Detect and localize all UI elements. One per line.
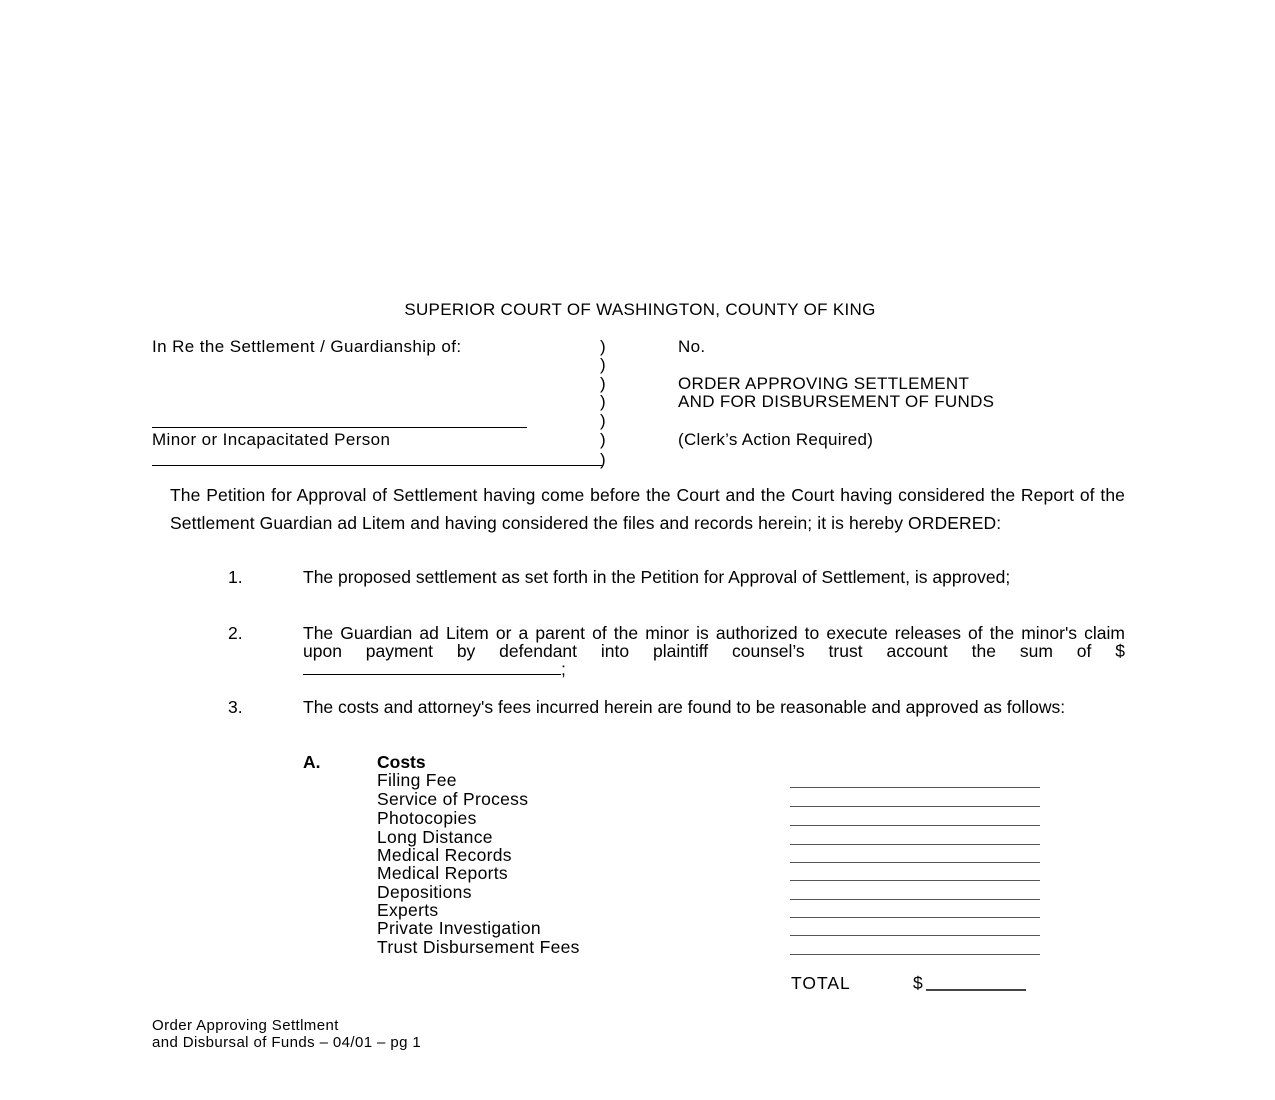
item-number: 2. [228,624,243,642]
total-currency: $ [913,973,923,994]
cost-row: Medical Records [377,845,1042,864]
intro-paragraph: The Petition for Approval of Settlement … [170,482,1125,537]
cost-row: Private Investigation [377,918,1042,937]
party-label: Minor or Incapacitated Person [152,430,390,450]
costs-section-letter: A. [303,752,321,773]
caption-paren: ) [600,355,606,375]
cost-row: Long Distance [377,827,1042,846]
cost-row: Experts [377,900,1042,919]
cost-row: Depositions [377,882,1042,901]
item-text: The Guardian ad Litem or a parent of the… [303,624,1125,678]
cost-amount-field[interactable] [790,880,1040,881]
cost-label: Service of Process [377,789,528,810]
in-re-label: In Re the Settlement / Guardianship of: [152,337,462,357]
cost-amount-field[interactable] [790,787,1040,788]
cost-label: Private Investigation [377,918,541,939]
caption-paren: ) [600,392,606,412]
footer-line1: Order Approving Settlment [152,1017,339,1034]
cost-row: Filing Fee [377,770,1042,789]
cost-row: Photocopies [377,808,1042,827]
item-text: The proposed settlement as set forth in … [303,568,1125,586]
cost-row: Trust Disbursement Fees [377,937,1042,956]
cost-label: Photocopies [377,808,477,829]
cost-amount-field[interactable] [790,806,1040,807]
item-number: 1. [228,568,243,586]
caption-bottom-rule [152,465,602,466]
court-title: SUPERIOR COURT OF WASHINGTON, COUNTY OF … [0,300,1275,320]
footer-line2: and Disbursal of Funds – 04/01 – pg 1 [152,1034,421,1051]
caption-paren: ) [600,337,606,357]
cost-amount-field[interactable] [790,954,1040,955]
cost-amount-field[interactable] [790,825,1040,826]
settlement-amount-field[interactable] [303,660,561,675]
cost-label: Filing Fee [377,770,457,791]
item-text-before-blank: The Guardian ad Litem or a parent of the… [303,623,1125,661]
order-title-line1: ORDER APPROVING SETTLEMENT [678,374,969,394]
cost-row: Service of Process [377,789,1042,808]
total-amount-field[interactable] [926,989,1026,991]
item-text-after-blank: ; [561,659,566,679]
party-name-line[interactable] [152,427,527,428]
caption-paren: ) [600,450,606,470]
cost-label: Trust Disbursement Fees [377,937,580,958]
case-number-label: No. [678,337,705,357]
item-text: The costs and attorney's fees incurred h… [303,698,1125,716]
cost-amount-field[interactable] [790,935,1040,936]
total-label: TOTAL [791,973,851,994]
clerk-action-note: (Clerk’s Action Required) [678,430,873,450]
item-number: 3. [228,698,243,716]
caption-paren: ) [600,430,606,450]
cost-row: Medical Reports [377,863,1042,882]
caption-paren: ) [600,411,606,431]
order-title-line2: AND FOR DISBURSEMENT OF FUNDS [678,392,994,412]
caption-paren: ) [600,374,606,394]
cost-label: Medical Reports [377,863,508,884]
case-number-label-text: No. [678,337,705,356]
